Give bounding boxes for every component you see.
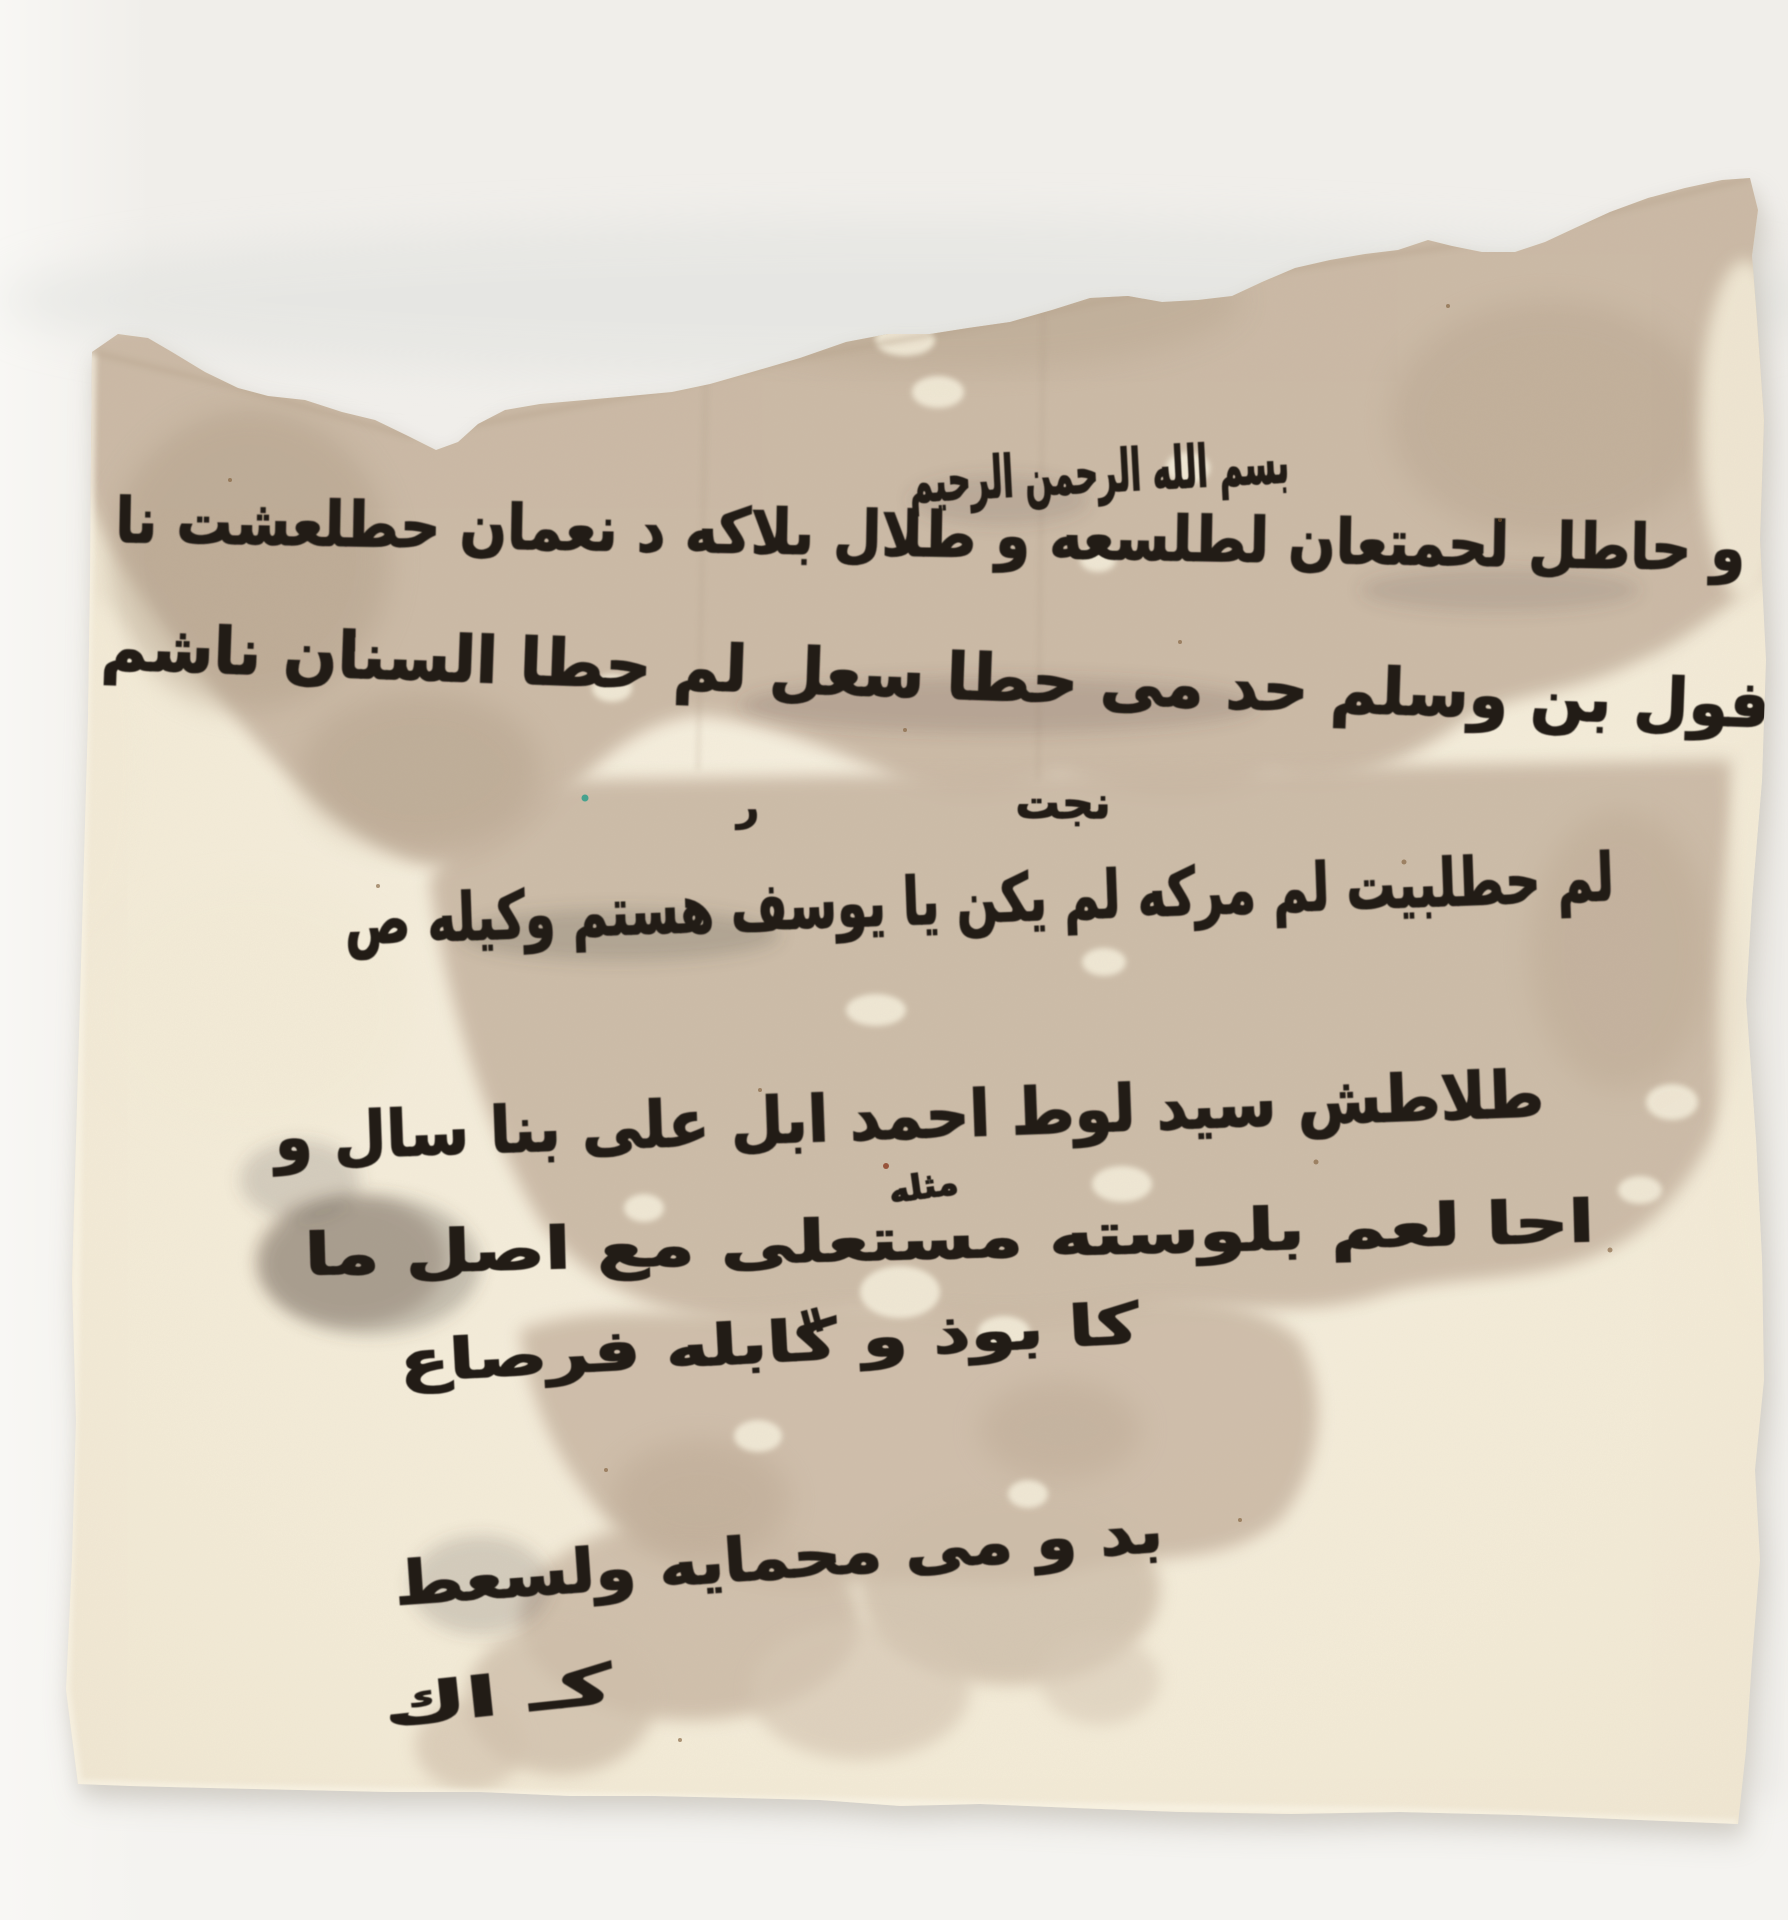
red-speck xyxy=(883,1163,889,1169)
manuscript-fragment: بسم الله الرحمن الرحيم و حاطل لحمتعان لط… xyxy=(40,160,1788,1830)
stray-mark: ر xyxy=(735,785,759,829)
photo-stage: بسم الله الرحمن الرحيم و حاطل لحمتعان لط… xyxy=(0,0,1788,1920)
teal-speck xyxy=(582,795,589,802)
isolated-word: نجت xyxy=(1016,778,1111,829)
manuscript-photo: بسم الله الرحمن الرحيم و حاطل لحمتعان لط… xyxy=(0,0,1788,1920)
